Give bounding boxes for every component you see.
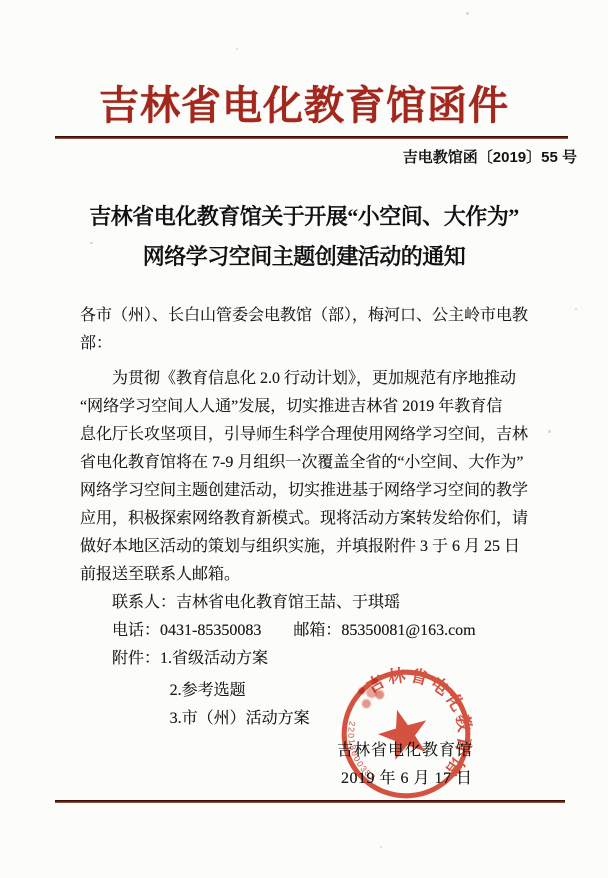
- scan-speck: [548, 430, 551, 433]
- scan-speck: [575, 308, 577, 310]
- svg-text:吉林省电化教育馆: 吉林省电化教育馆: [353, 658, 482, 783]
- body-line: 省电化教育馆将在 7-9 月组织一次覆盖全省的“小空间、大作为”: [80, 449, 550, 477]
- scan-speck: [90, 242, 93, 244]
- body-line: 为贯彻《教育信息化 2.0 行动计划》，更加规范有序地推动: [80, 365, 550, 393]
- body-line: 息化厅长攻坚项目，引导师生科学合理使用网络学习空间，吉林: [80, 421, 550, 449]
- scan-speck: [466, 12, 469, 15]
- svg-text:22018000383: 22018000383: [330, 717, 396, 784]
- body-line: 前报送至联系人邮箱。: [80, 561, 550, 589]
- body-line: 联系人：吉林省电化教育馆王喆、于琪瑶: [80, 589, 550, 617]
- document-title: 吉林省电化教育馆关于开展“小空间、大作为” 网络学习空间主题创建活动的通知: [0, 197, 608, 277]
- document-title-line1: 吉林省电化教育馆关于开展“小空间、大作为”: [0, 197, 608, 237]
- seal-star-icon: [373, 700, 440, 768]
- official-round-seal: 吉林省电化教育馆 22018000383: [330, 658, 482, 810]
- scan-speck: [236, 48, 238, 50]
- body-line: 电话：0431-85350083 邮箱：85350081@163.com: [80, 617, 550, 645]
- footer-divider-rule: [55, 800, 565, 803]
- header-divider-rule: [55, 136, 568, 139]
- document-number: 吉电教馆函〔2019〕55 号: [403, 146, 577, 167]
- seal-org-text: 吉林省电化教育馆: [353, 658, 482, 783]
- body-line: 网络学习空间主题创建活动，切实推进基于网络学习空间的教学: [80, 477, 550, 505]
- body-line: 做好本地区活动的策划与组织实施，并填报附件 3 于 6 月 25 日: [80, 533, 550, 561]
- body-line: “网络学习空间人人通”发展，切实推进吉林省 2019 年教育信: [80, 393, 550, 421]
- body-line: 部：: [80, 330, 550, 358]
- scanned-official-letter: 吉林省电化教育馆函件 吉电教馆函〔2019〕55 号 吉林省电化教育馆关于开展“…: [0, 0, 608, 878]
- body-line: 各市（州）、长白山管委会电教馆（部），梅河口、公主岭市电教: [80, 302, 550, 330]
- seal-code-text: 22018000383: [330, 717, 396, 784]
- scan-speck: [380, 846, 382, 848]
- body-line: 应用，积极探索网络教育新模式。现将活动方案转发给你们，请: [80, 505, 550, 533]
- letterhead-org-title: 吉林省电化教育馆函件: [0, 74, 608, 131]
